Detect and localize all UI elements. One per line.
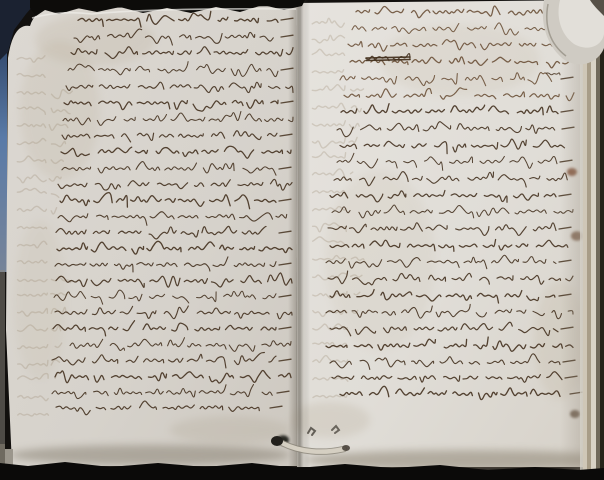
fore-edge-stripe [587, 0, 591, 480]
fore-edge-stripe [600, 0, 604, 480]
fore-edge-stripe [591, 0, 596, 480]
fore-edge-stripe [596, 0, 600, 480]
manuscript-scan [0, 0, 604, 480]
stain [10, 445, 290, 465]
stain [325, 170, 435, 350]
blue-backing-strip [0, 28, 7, 272]
fore-edge-shadow [560, 0, 583, 480]
under-page-corner [0, 444, 5, 466]
fore-edge-page-stack [560, 0, 604, 480]
thread-knot [342, 445, 350, 451]
left-under-pages-edge [0, 270, 5, 450]
thread-knot [271, 436, 283, 446]
fore-edge-stripe [583, 0, 587, 480]
